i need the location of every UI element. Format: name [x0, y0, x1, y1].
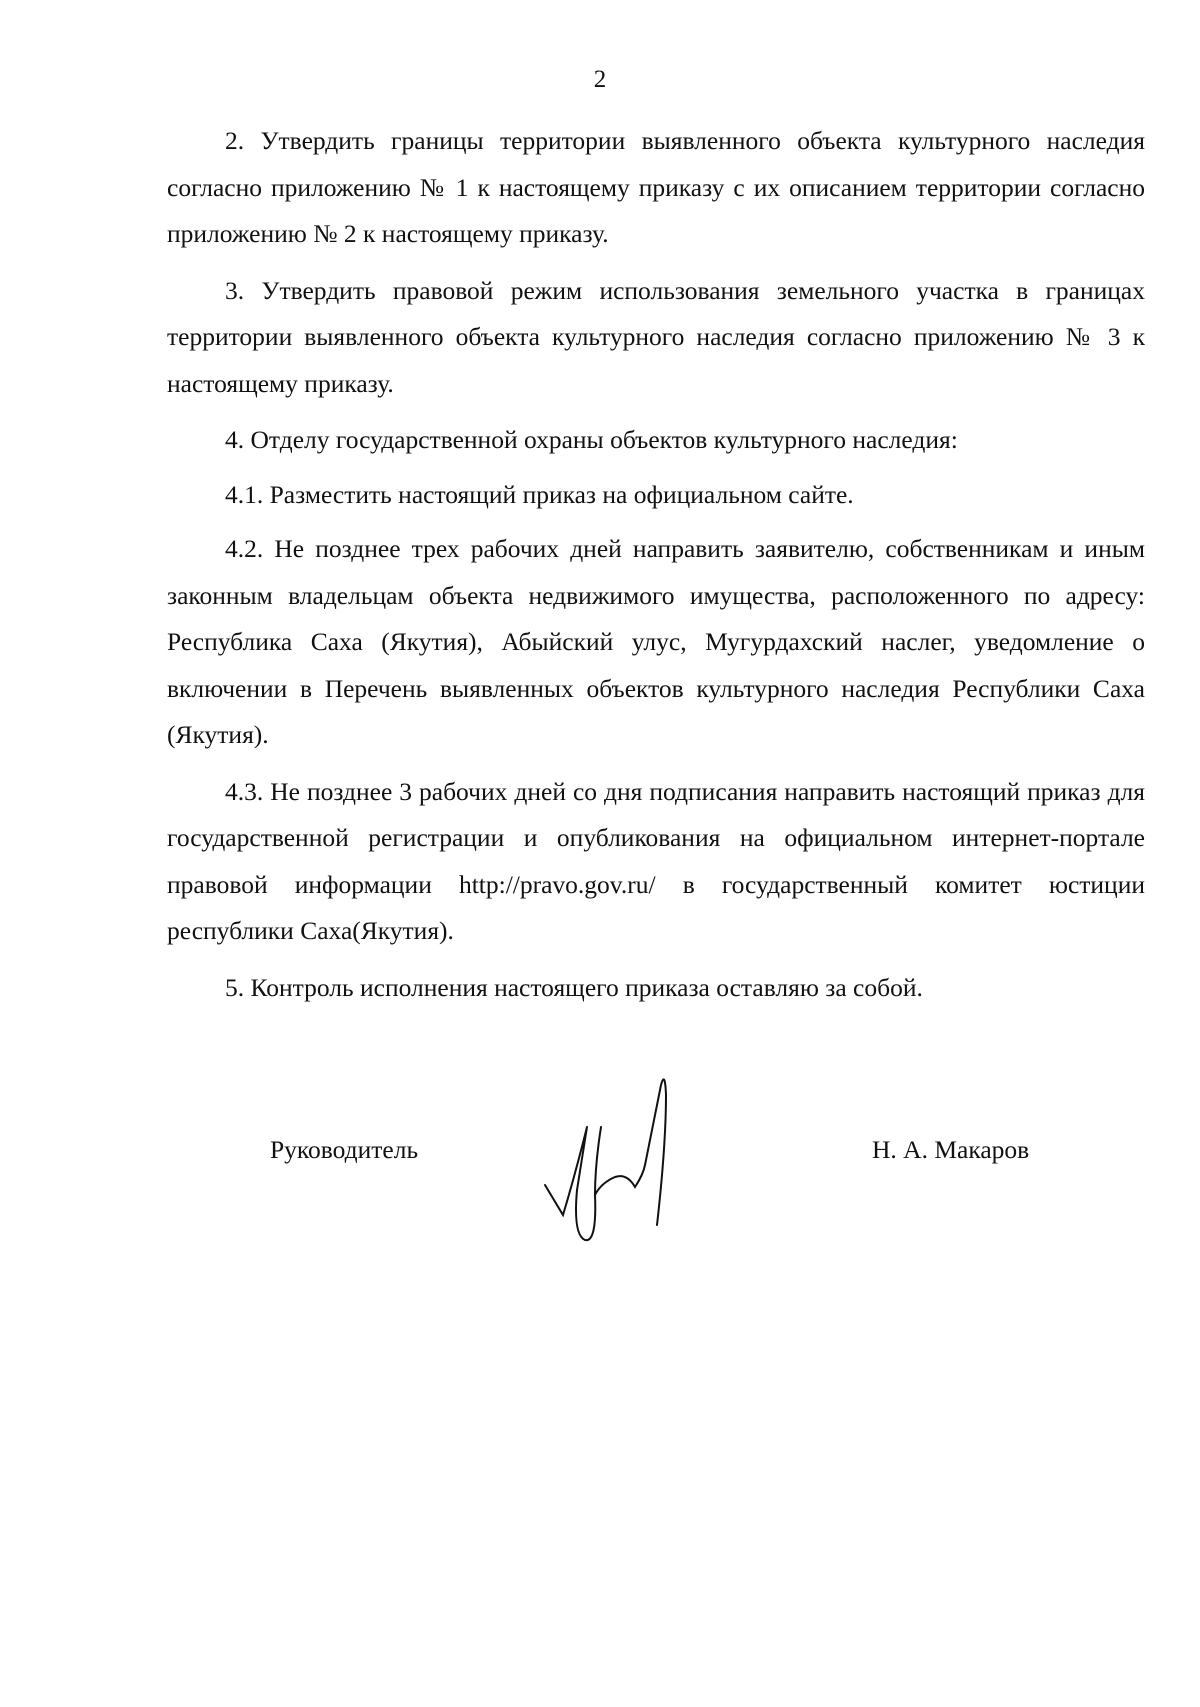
- paragraph-4: 4. Отделу государственной охраны объекто…: [167, 417, 1145, 464]
- signatory-name: Н. А. Макаров: [872, 1135, 1029, 1165]
- paragraph-4-1: 4.1. Разместить настоящий приказ на офиц…: [167, 472, 1145, 519]
- paragraph-3: 3. Утвердить правовой режим использовани…: [167, 268, 1145, 408]
- signatory-title: Руководитель: [270, 1135, 418, 1165]
- paragraph-4-3: 4.3. Не позднее 3 рабочих дней со дня по…: [167, 769, 1145, 955]
- signature-block: Руководитель Н. А. Макаров: [0, 1135, 1200, 1255]
- paragraph-2: 2. Утвердить границы территории выявленн…: [167, 118, 1145, 258]
- paragraph-4-2: 4.2. Не позднее трех рабочих дней направ…: [167, 526, 1145, 759]
- page-number: 2: [0, 66, 1200, 94]
- paragraph-5: 5. Контроль исполнения настоящего приказ…: [167, 965, 1145, 1012]
- signature-icon: [535, 1065, 705, 1265]
- document-body: 2. Утвердить границы территории выявленн…: [167, 118, 1145, 1021]
